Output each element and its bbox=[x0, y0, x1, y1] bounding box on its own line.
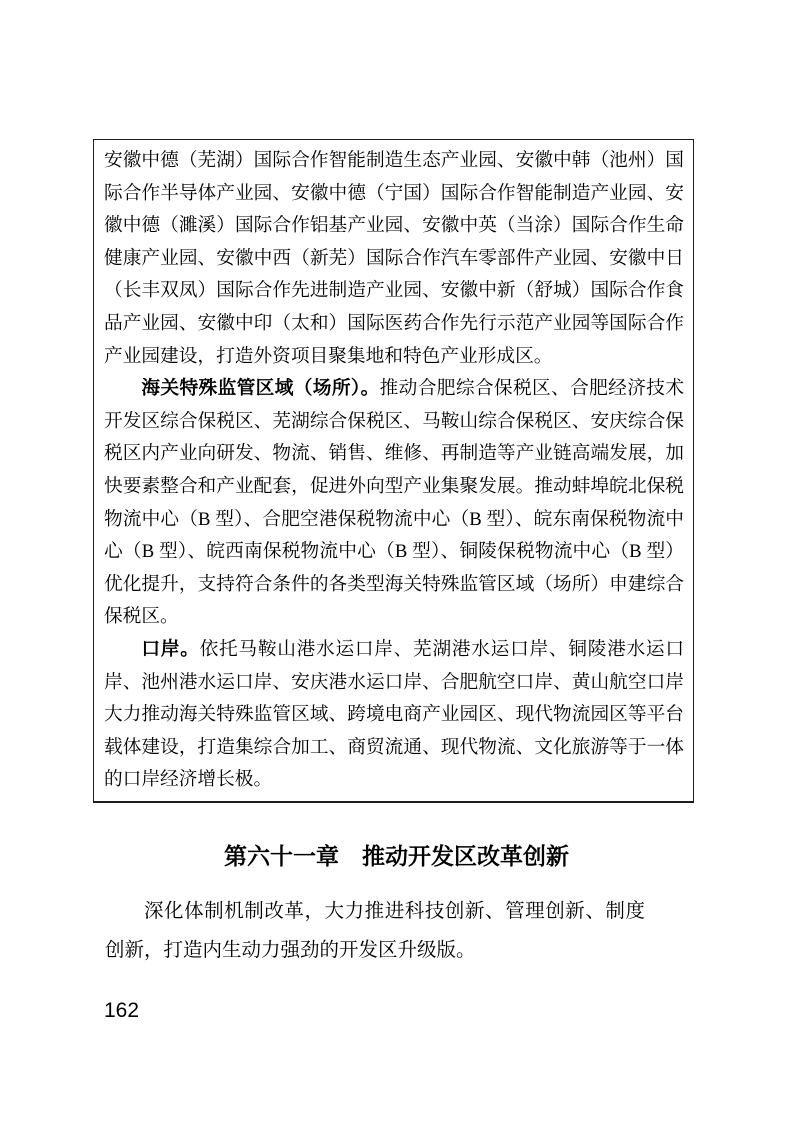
paragraph-text: 依托马鞍山港水运口岸、芜湖港水运口岸、铜陵港水运口岸、池州港水运口岸、安庆港水运… bbox=[104, 639, 684, 790]
paragraph-text: 安徽中德（芜湖）国际合作智能制造生态产业园、安徽中韩（池州）国际合作半导体产业园… bbox=[104, 150, 684, 367]
chapter-intro-paragraph: 深化体制机制改革，大力推进科技创新、管理创新、制度创新，打造内生动力强劲的开发区… bbox=[105, 893, 645, 970]
boxed-paragraph-industrial-parks: 安徽中德（芜湖）国际合作智能制造生态产业园、安徽中韩（池州）国际合作半导体产业园… bbox=[104, 145, 684, 373]
boxed-paragraph-customs-zones: 海关特殊监管区域（场所）。推动合肥综合保税区、合肥经济技术开发区综合保税区、芜湖… bbox=[104, 373, 684, 634]
boxed-text-block: 安徽中德（芜湖）国际合作智能制造生态产业园、安徽中韩（池州）国际合作半导体产业园… bbox=[93, 139, 694, 803]
document-page: 安徽中德（芜湖）国际合作智能制造生态产业园、安徽中韩（池州）国际合作半导体产业园… bbox=[0, 0, 793, 1122]
paragraph-text: 推动合肥综合保税区、合肥经济技术开发区综合保税区、芜湖综合保税区、马鞍山综合保税… bbox=[104, 378, 684, 627]
boxed-paragraph-ports: 口岸。依托马鞍山港水运口岸、芜湖港水运口岸、铜陵港水运口岸、池州港水运口岸、安庆… bbox=[104, 634, 684, 797]
chapter-heading: 第六十一章 推动开发区改革创新 bbox=[0, 842, 793, 870]
paragraph-lead: 口岸。 bbox=[141, 639, 199, 660]
page-number: 162 bbox=[104, 999, 139, 1023]
paragraph-lead: 海关特殊监管区域（场所）。 bbox=[141, 378, 379, 399]
